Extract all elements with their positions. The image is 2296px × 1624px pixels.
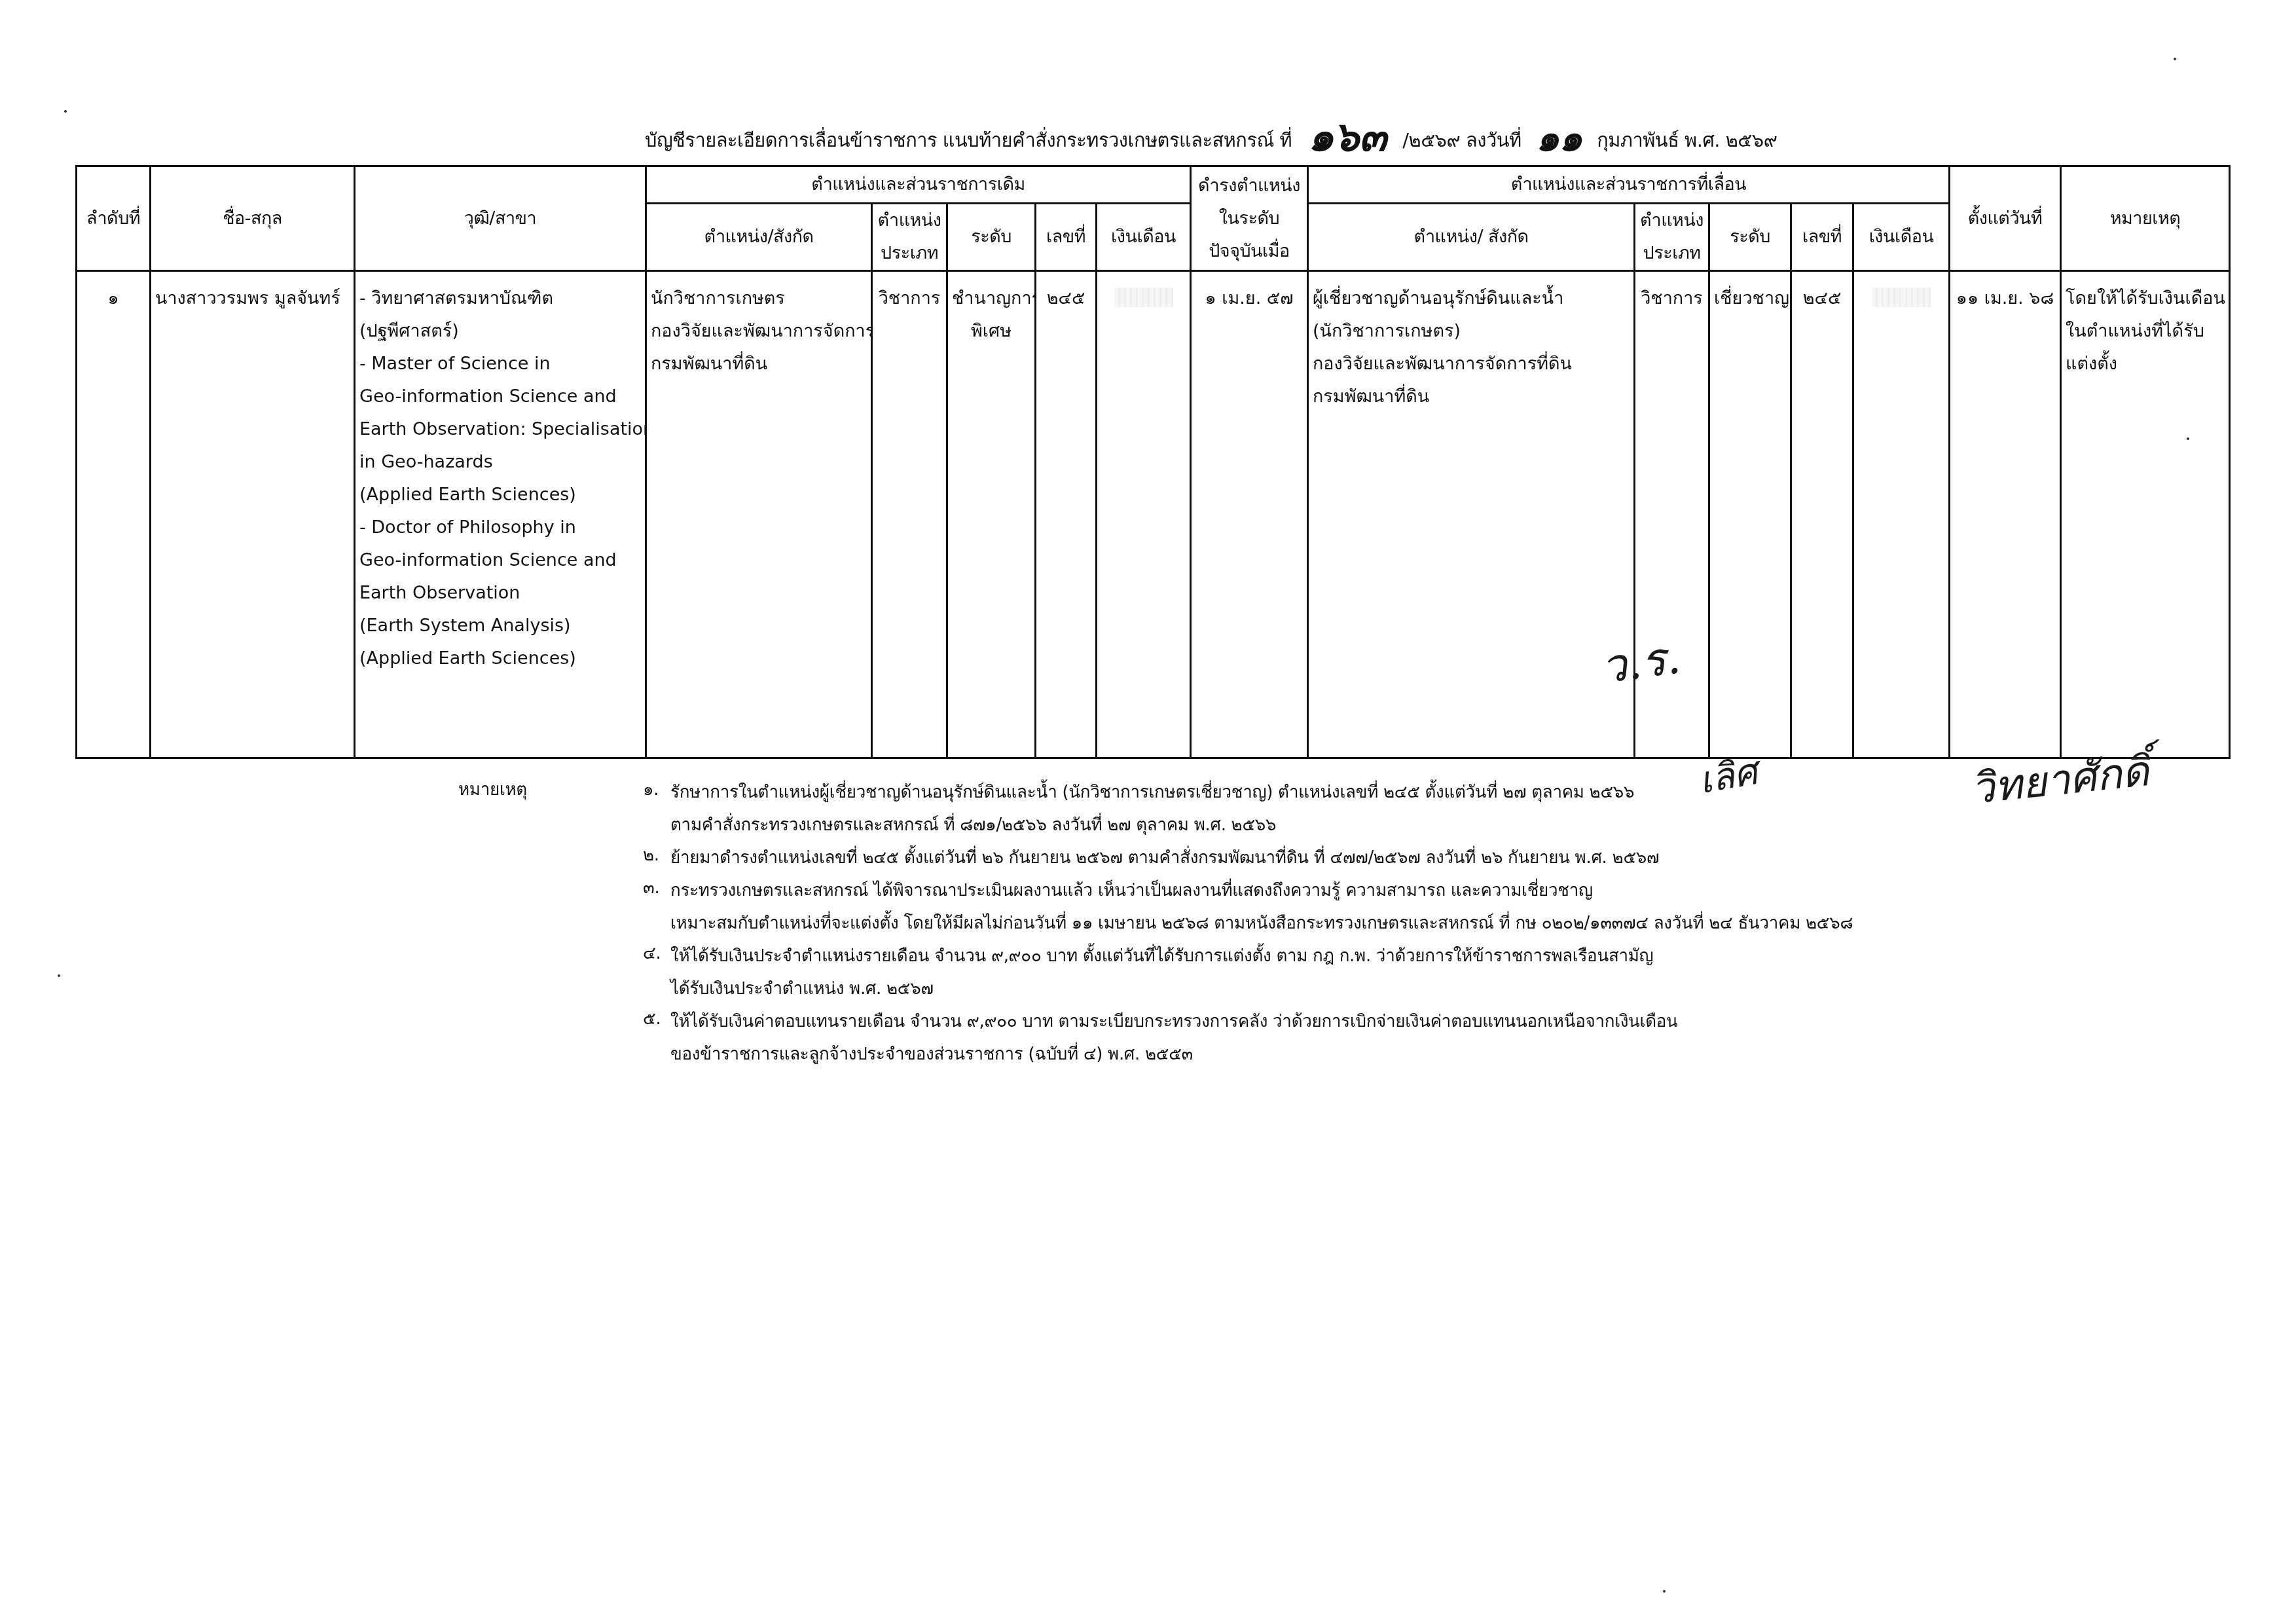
note-item: ๕. ให้ได้รับเงินค่าตอบแทนรายเดือน จำนวน … xyxy=(643,1005,1952,1071)
header-new-salary: เงินเดือน xyxy=(1853,204,1950,271)
cell-remarks: โดยให้ได้รับเงินเดือน ในตำแหน่งที่ได้รับ… xyxy=(2061,271,2230,758)
order-year: /๒๕๖๙ ลงวันที่ xyxy=(1402,129,1521,151)
scan-speck xyxy=(64,110,67,113)
cell-old-type: วิชาการ xyxy=(872,271,947,758)
cell-seq: ๑ xyxy=(77,271,151,758)
day-handwritten: ๑๑ xyxy=(1536,117,1582,160)
scan-speck xyxy=(1663,1590,1666,1593)
header-old-salary: เงินเดือน xyxy=(1097,204,1191,271)
table-row: ๑ นางสาววรมพร มูลจันทร์ - วิทยาศาสตรมหาบ… xyxy=(77,271,2230,758)
notes-label: หมายเหตุ xyxy=(458,776,527,803)
header-effective-date: ตั้งแต่วันที่ xyxy=(1950,166,2061,271)
redacted-salary xyxy=(1872,287,1931,307)
header-new-position: ตำแหน่ง/ สังกัด xyxy=(1308,204,1635,271)
note-item: ๓. กระทรวงเกษตรและสหกรณ์ ได้พิจารณาประเม… xyxy=(643,874,1952,940)
header-current-since: ดำรงตำแหน่ง ในระดับ ปัจจุบันเมื่อ xyxy=(1191,166,1308,271)
cell-effective-date: ๑๑ เม.ย. ๖๘ xyxy=(1950,271,2061,758)
cell-new-number: ๒๔๕ xyxy=(1791,271,1853,758)
scan-speck xyxy=(2187,437,2189,440)
cell-current-since: ๑ เม.ย. ๕๗ xyxy=(1191,271,1308,758)
note-item: ๔. ให้ได้รับเงินประจำตำแหน่งรายเดือน จำน… xyxy=(643,940,1952,1005)
header-old-number: เลขที่ xyxy=(1036,204,1097,271)
header-degree: วุฒิ/สาขา xyxy=(355,166,646,271)
redacted-salary xyxy=(1114,287,1173,307)
promotion-table: ลำดับที่ ชื่อ-สกุล วุฒิ/สาขา ตำแหน่งและส… xyxy=(75,165,2231,759)
cell-new-salary xyxy=(1853,271,1950,758)
header-old-position: ตำแหน่ง/สังกัด xyxy=(646,204,872,271)
scan-speck xyxy=(2174,58,2176,60)
cell-old-number: ๒๔๕ xyxy=(1036,271,1097,758)
order-number-handwritten: ๑๖๓ xyxy=(1308,113,1387,160)
cell-new-level: เชี่ยวชาญ xyxy=(1709,271,1791,758)
header-new-group: ตำแหน่งและส่วนราชการที่เลื่อน xyxy=(1308,166,1950,204)
cell-old-salary xyxy=(1097,271,1191,758)
header-new-level: ระดับ xyxy=(1709,204,1791,271)
month-year: กุมภาพันธ์ พ.ศ. ๒๕๖๙ xyxy=(1597,129,1777,151)
header-seq: ลำดับที่ xyxy=(77,166,151,271)
header-remarks: หมายเหตุ xyxy=(2061,166,2230,271)
note-item: ๑. รักษาการในตำแหน่งผู้เชี่ยวชาญด้านอนุร… xyxy=(643,776,1952,841)
header-old-type: ตำแหน่ง ประเภท xyxy=(872,204,947,271)
signature-in-table: ว.ร. xyxy=(1596,620,1685,703)
cell-old-position: นักวิชาการเกษตร กองวิจัยและพัฒนาการจัดกา… xyxy=(646,271,872,758)
cell-degree: - วิทยาศาสตรมหาบัณฑิต (ปฐพีศาสตร์) - Mas… xyxy=(355,271,646,758)
notes-list: ๑. รักษาการในตำแหน่งผู้เชี่ยวชาญด้านอนุร… xyxy=(643,776,1952,1071)
header-new-type: ตำแหน่ง ประเภท xyxy=(1635,204,1709,271)
note-item: ๒. ย้ายมาดำรงตำแหน่งเลขที่ ๒๔๕ ตั้งแต่วั… xyxy=(643,841,1952,874)
header-old-group: ตำแหน่งและส่วนราชการเดิม xyxy=(646,166,1191,204)
cell-new-position: ผู้เชี่ยวชาญด้านอนุรักษ์ดินและน้ำ (นักวิ… xyxy=(1308,271,1635,758)
cell-name: นางสาววรมพร มูลจันทร์ xyxy=(151,271,355,758)
header-name: ชื่อ-สกุล xyxy=(151,166,355,271)
cell-old-level: ชำนาญการ พิเศษ xyxy=(947,271,1036,758)
header-old-level: ระดับ xyxy=(947,204,1036,271)
title-prefix: บัญชีรายละเอียดการเลื่อนข้าราชการ แนบท้า… xyxy=(645,129,1292,151)
document-title: บัญชีรายละเอียดการเลื่อนข้าราชการ แนบท้า… xyxy=(645,105,1777,169)
scan-speck xyxy=(58,974,60,977)
header-new-number: เลขที่ xyxy=(1791,204,1853,271)
